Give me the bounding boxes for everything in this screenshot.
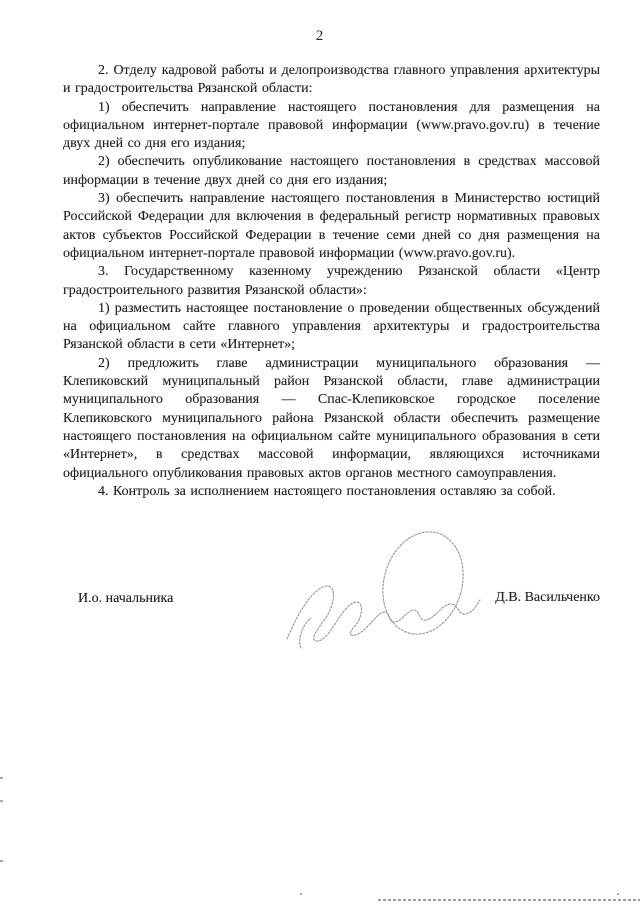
paragraph: 1) разместить настоящее постановление о … <box>63 300 600 355</box>
document-body: 2. Отделу кадровой работы и делопроизвод… <box>63 62 600 501</box>
scanned-document-page: 2 2. Отделу кадровой работы и делопроизв… <box>0 0 640 905</box>
page-number: 2 <box>0 28 640 45</box>
paragraph: 3) обеспечить направление настоящего пос… <box>63 190 600 263</box>
signer-name: Д.В. Васильченко <box>495 590 600 606</box>
paragraph: 2) обеспечить опубликование настоящего п… <box>63 153 600 190</box>
scan-artifact-dashed-line <box>378 899 640 901</box>
scan-artifact-speck <box>617 893 619 895</box>
paragraph: 1) обеспечить направление настоящего пос… <box>63 99 600 154</box>
handwritten-signature-icon <box>283 526 481 664</box>
paragraph: 3. Государственному казенному учреждению… <box>63 263 600 300</box>
paragraph: 2) предложить главе администрации муници… <box>63 355 600 483</box>
scan-artifact-speck <box>0 800 3 802</box>
scan-artifact-speck <box>0 860 3 862</box>
paragraph: 4. Контроль за исполнением настоящего по… <box>63 483 600 501</box>
signer-position-label: И.о. начальника <box>78 591 173 607</box>
scan-artifact-speck <box>300 893 302 895</box>
scan-artifact-speck <box>0 777 3 779</box>
paragraph: 2. Отделу кадровой работы и делопроизвод… <box>63 62 600 99</box>
